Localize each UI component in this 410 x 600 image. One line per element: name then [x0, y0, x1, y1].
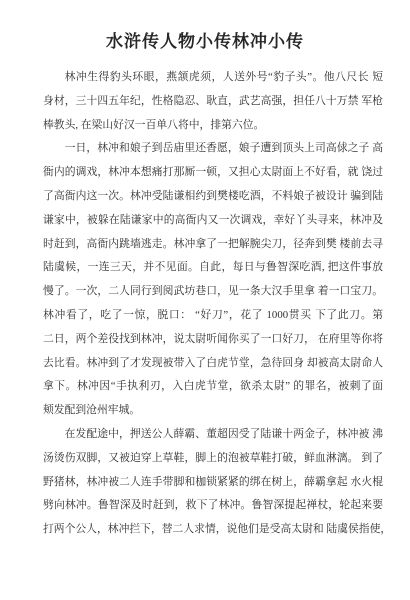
text-line: 谦家中，被躲在陆谦家中的高衙内又一次调戏，幸好丫头寻来，林冲及	[43, 209, 383, 233]
text-line: 时赶到，高衙内跳墙逃走。林冲拿了一把解腕尖刀，径奔到樊 楼前去寻	[43, 233, 383, 257]
text-line: 陆虞候，一连三天，并不见面。自此，每日与鲁智深吃酒, 把这件事放	[43, 256, 383, 280]
text-line: 身材，三十四五年纪，性格隐忍、耿直，武艺高强，担任八十万禁 军枪	[43, 90, 383, 114]
text-line: 了高衙内这一次。林冲受陆谦相约到樊楼吃酒，不料娘子被设计 骗到陆	[43, 185, 383, 209]
text-line: 一日，林冲和娘子到岳庙里还香愿，娘子遭到顶头上司高俅之子 高	[43, 137, 383, 161]
text-line: 野猪林，林冲被二人连手带脚和枷锁紧紧的绑在树上，薛霸拿起 水火棍	[43, 471, 383, 495]
text-line: 去比看。林冲到了才发现被带入了白虎节堂，急待回身 却被高太尉命人	[43, 352, 383, 376]
text-line: 打两个公人，林冲拦下，替二人求情，说他们是受高太尉和 陆虞侯指使，	[43, 518, 383, 542]
document-body: 林冲生得豹头环眼，燕颔虎须，人送外号“豹子头”。他八尺长 短身材，三十四五年纪，…	[43, 66, 383, 542]
text-line: 汤烫伤双脚，又被迫穿上草鞋，脚上的泡被草鞋打破，鲜血淋漓。 到了	[43, 447, 383, 471]
text-line: 林冲看了，吃了一惊，脱口： “好刀”，花了 1000贯买 下了此刀。第	[43, 304, 383, 328]
text-line: 颊发配到沧州牢城。	[43, 399, 383, 423]
text-line: 拿下。林冲因“手执利刃，入白虎节堂，欲杀太尉” 的罪名，被刺了面	[43, 375, 383, 399]
paragraph: 一日，林冲和娘子到岳庙里还香愿，娘子遭到顶头上司高俅之子 高衙内的调戏，林冲本想…	[43, 137, 383, 423]
page-container: 水浒传人物小传林冲小传 林冲生得豹头环眼，燕颔虎须，人送外号“豹子头”。他八尺长…	[0, 0, 410, 600]
paragraph: 林冲生得豹头环眼，燕颔虎须，人送外号“豹子头”。他八尺长 短身材，三十四五年纪，…	[43, 66, 383, 137]
text-line: 慢了。一次，二人同行到阅武坊巷口，见一条大汉手里拿 着一口宝刀。	[43, 280, 383, 304]
text-line: 二日，两个差役找到林冲，说太尉听闻你买了一口好刀， 在府里等你将	[43, 328, 383, 352]
text-line: 林冲生得豹头环眼，燕颔虎须，人送外号“豹子头”。他八尺长 短	[43, 66, 383, 90]
text-line: 在发配途中，押送公人薛霸、董超因受了陆谦十两金子，林冲被 沸	[43, 423, 383, 447]
text-line: 衙内的调戏，林冲本想痛打那厮一顿，又担心太尉面上不好看，就 饶过	[43, 161, 383, 185]
paragraph: 在发配途中，押送公人薛霸、董超因受了陆谦十两金子，林冲被 沸汤烫伤双脚，又被迫穿…	[43, 423, 383, 542]
text-line: 棒教头, 在梁山好汉一百单八将中，排第六位。	[43, 114, 383, 138]
document-title: 水浒传人物小传林冲小传	[0, 30, 410, 54]
text-line: 劈向林冲。鲁智深及时赶到，救下了林冲。鲁智深提起禅杖，轮起来要	[43, 494, 383, 518]
